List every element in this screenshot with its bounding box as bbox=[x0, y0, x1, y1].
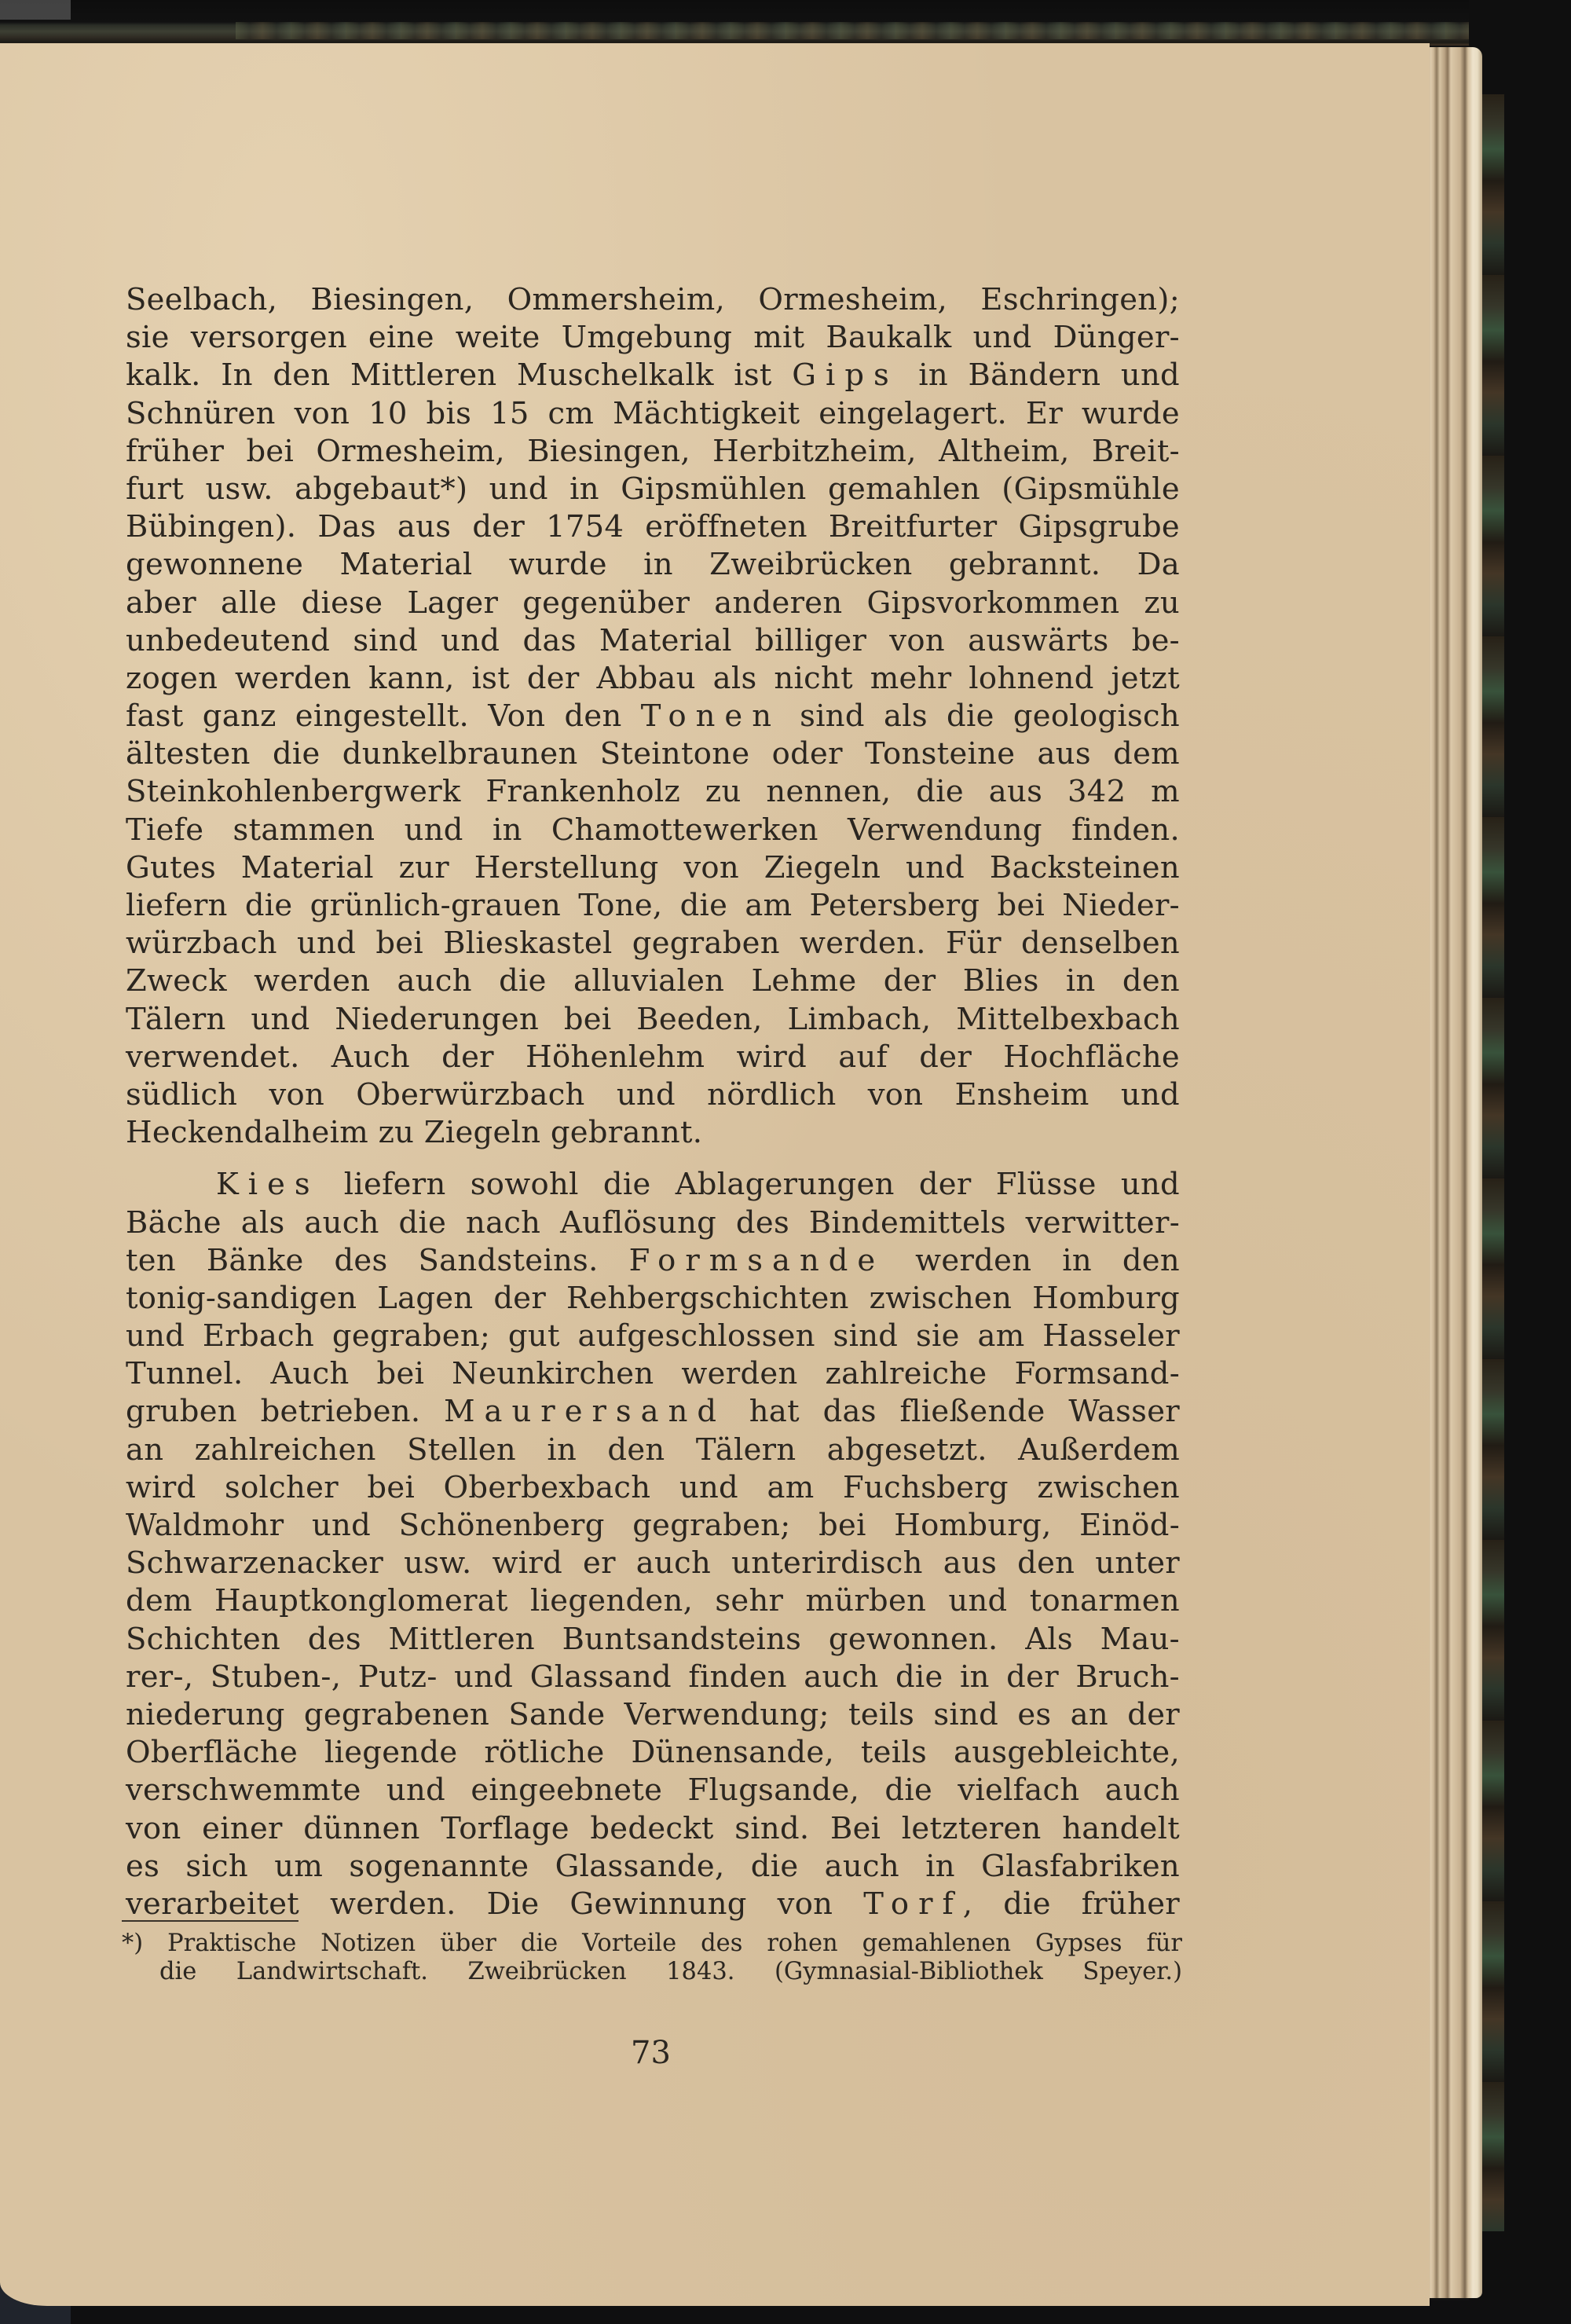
text-line: gewonnene Material wurde in Zweibrücken … bbox=[126, 546, 1180, 584]
text-line: liefern die grünlich-grauen Tone, die am… bbox=[126, 887, 1180, 925]
text-line: von einer dünnen Torflage bedeckt sind. … bbox=[126, 1810, 1180, 1848]
text-line: Oberfläche liegende rötliche Dünensande,… bbox=[126, 1734, 1180, 1772]
text-line: es sich um sogenannte Glassande, die auc… bbox=[126, 1848, 1180, 1886]
text-line: tonig-sandigen Lagen der Rehbergschichte… bbox=[126, 1280, 1180, 1318]
text-line: Seelbach, Biesingen, Ommersheim, Ormeshe… bbox=[126, 281, 1180, 319]
text-line: Kies liefern sowohl die Ablagerungen der… bbox=[126, 1166, 1180, 1204]
text-line: unbedeutend sind und das Material billig… bbox=[126, 622, 1180, 660]
text-line: Heckendalheim zu Ziegeln gebrannt. bbox=[126, 1114, 1180, 1152]
paragraph-gap bbox=[126, 1152, 1180, 1166]
footnote-line-1: *) Praktische Notizen über die Vorteile … bbox=[122, 1930, 1182, 1958]
text-line: furt usw. abgebaut*) und in Gipsmühlen g… bbox=[126, 471, 1180, 508]
footnote: *) Praktische Notizen über die Vorteile … bbox=[122, 1930, 1182, 1986]
text-line: Steinkohlenbergwerk Frankenholz zu nenne… bbox=[126, 773, 1180, 811]
text-line: und Erbach gegraben; gut aufgeschlossen … bbox=[126, 1318, 1180, 1355]
page-edges bbox=[1426, 47, 1482, 2298]
marbled-edge-top bbox=[236, 22, 1524, 39]
text-line: Tunnel. Auch bei Neunkirchen werden zahl… bbox=[126, 1355, 1180, 1393]
emphasized-term: Torf bbox=[863, 1886, 963, 1922]
emphasized-term: Kies bbox=[216, 1167, 320, 1202]
text-line: Tiefe stammen und in Chamottewerken Verw… bbox=[126, 812, 1180, 849]
text-line: verschwemmte und eingeebnete Flugsande, … bbox=[126, 1772, 1180, 1809]
text-line: verarbeitet werden. Die Gewinnung von To… bbox=[126, 1886, 1180, 1923]
text-line: Bübingen). Das aus der 1754 eröffneten B… bbox=[126, 508, 1180, 546]
text-line: verwendet. Auch der Höhenlehm wird auf d… bbox=[126, 1039, 1180, 1076]
text-line: rer-, Stuben-, Putz- und Glassand finden… bbox=[126, 1659, 1180, 1696]
book-scan: Seelbach, Biesingen, Ommersheim, Ormeshe… bbox=[0, 0, 1571, 2324]
book-cover-right bbox=[1469, 0, 1571, 2324]
text-line: aber alle diese Lager gegenüber anderen … bbox=[126, 585, 1180, 622]
book-cover-top bbox=[0, 0, 1571, 46]
text-line: fast ganz eingestellt. Von den Tonen sin… bbox=[126, 698, 1180, 735]
text-line: Schwarzenacker usw. wird er auch unterir… bbox=[126, 1545, 1180, 1582]
text-line: an zahlreichen Stellen in den Tälern abg… bbox=[126, 1431, 1180, 1469]
emphasized-term: Tonen bbox=[641, 698, 781, 734]
text-line: gruben betrieben. Maurersand hat das fli… bbox=[126, 1393, 1180, 1431]
text-line: wird solcher bei Oberbexbach und am Fuch… bbox=[126, 1469, 1180, 1507]
text-line: früher bei Ormesheim, Biesingen, Herbitz… bbox=[126, 433, 1180, 471]
page-number: 73 bbox=[631, 2035, 671, 2071]
background-corner bbox=[0, 0, 71, 20]
text-line: ten Bänke des Sandsteins. Formsande werd… bbox=[126, 1242, 1180, 1280]
text-line: Gutes Material zur Herstellung von Ziege… bbox=[126, 849, 1180, 887]
emphasized-term: Maurersand bbox=[444, 1394, 726, 1429]
text-line: zogen werden kann, ist der Abbau als nic… bbox=[126, 660, 1180, 698]
body-text: Seelbach, Biesingen, Ommersheim, Ormeshe… bbox=[126, 281, 1180, 1923]
text-line: Schnüren von 10 bis 15 cm Mächtigkeit ei… bbox=[126, 395, 1180, 433]
text-line: kalk. In den Mittleren Muschelkalk ist G… bbox=[126, 357, 1180, 394]
text-line: dem Hauptkonglomerat liegenden, sehr mür… bbox=[126, 1582, 1180, 1620]
text-line: sie versorgen eine weite Umgebung mit Ba… bbox=[126, 319, 1180, 357]
text-line: ältesten die dunkelbraunen Steintone ode… bbox=[126, 735, 1180, 773]
text-line: Zweck werden auch die alluvialen Lehme d… bbox=[126, 962, 1180, 1000]
text-line: Tälern und Niederungen bei Beeden, Limba… bbox=[126, 1001, 1180, 1039]
footnote-line-2: die Landwirtschaft. Zweibrücken 1843. (G… bbox=[122, 1958, 1182, 1986]
text-line: würzbach und bei Blieskastel gegraben we… bbox=[126, 925, 1180, 962]
text-line: Bäche als auch die nach Auflösung des Bi… bbox=[126, 1204, 1180, 1242]
text-line: Waldmohr und Schönenberg gegraben; bei H… bbox=[126, 1507, 1180, 1545]
emphasized-term: Gips bbox=[792, 357, 898, 393]
emphasized-term: Formsande bbox=[629, 1243, 885, 1278]
text-line: niederung gegrabenen Sande Verwendung; t… bbox=[126, 1696, 1180, 1734]
text-line: südlich von Oberwürzbach und nördlich vo… bbox=[126, 1076, 1180, 1114]
text-line: Schichten des Mittleren Buntsandsteins g… bbox=[126, 1621, 1180, 1659]
footnote-rule bbox=[122, 1920, 298, 1922]
